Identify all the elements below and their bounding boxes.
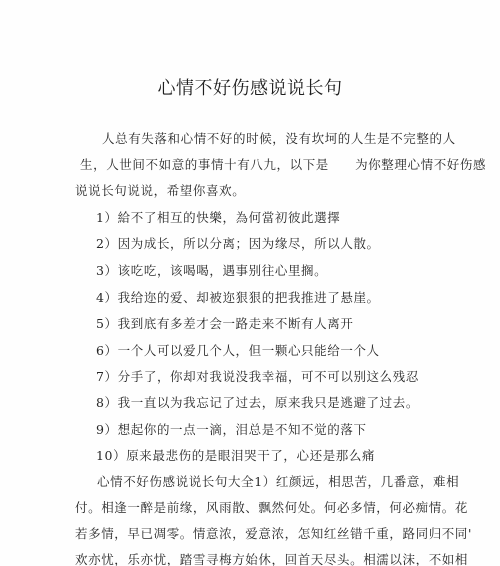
list-item: 8）我一直以为我忘记了过去，原来我只是逃避了过去。 xyxy=(96,393,419,411)
intro-line: 人总有失落和心情不好的时候，没有坎坷的人生是不完整的人 xyxy=(102,129,456,147)
list-item: 5）我到底有多差才会一路走来不断有人离开 xyxy=(96,314,353,332)
intro-line: 说说长句说说，希望你喜欢。 xyxy=(75,181,245,199)
list-item: 1）給不了相互的快樂，為何當初彼此選擇 xyxy=(96,208,340,226)
closing-line: 欢亦忧，乐亦忧，踏雪寻梅方始休，回首天尽头。相濡以沫，不如相 xyxy=(75,550,468,566)
closing-line: 若多情，早已凋零。情意浓，爱意浓，怎知红丝错千重，路同归不同' xyxy=(75,524,472,542)
document-page: 心情不好伤感说说长句 人总有失落和心情不好的时候，没有坎坷的人生是不完整的人 生… xyxy=(0,0,500,566)
list-item: 7）分手了，你却对我说没我幸福，可不可以别这么残忍 xyxy=(96,367,419,385)
closing-line: 心情不好伤感说说长句大全1）红颜远，相思苦，几番意，难相 xyxy=(97,472,459,490)
list-item: 4）我给迩的爱、却被迩狠狠的把我推进了悬崖。 xyxy=(96,288,380,306)
closing-line: 付。相逢一醉是前缘，风雨散、飘然何处。何必多情，何必痴情。花 xyxy=(75,498,468,516)
list-item: 2）因为成长，所以分离；因为缘尽，所以人散。 xyxy=(96,234,380,252)
list-item: 6）一个人可以爱几个人，但一颗心只能给一个人 xyxy=(96,341,380,359)
document-title: 心情不好伤感说说长句 xyxy=(0,74,500,100)
list-item: 3）该吃吃，该喝喝，遇事别往心里搁。 xyxy=(96,261,327,279)
list-item: 9）想起你的一点一滴，泪总是不知不觉的落下 xyxy=(96,420,367,438)
intro-line: 生，人世间不如意的事情十有八九，以下是 为你整理心情不好伤感 xyxy=(80,155,486,173)
list-item: 10）原来最悲伤的是眼泪哭干了，心还是那么痛 xyxy=(96,446,375,464)
